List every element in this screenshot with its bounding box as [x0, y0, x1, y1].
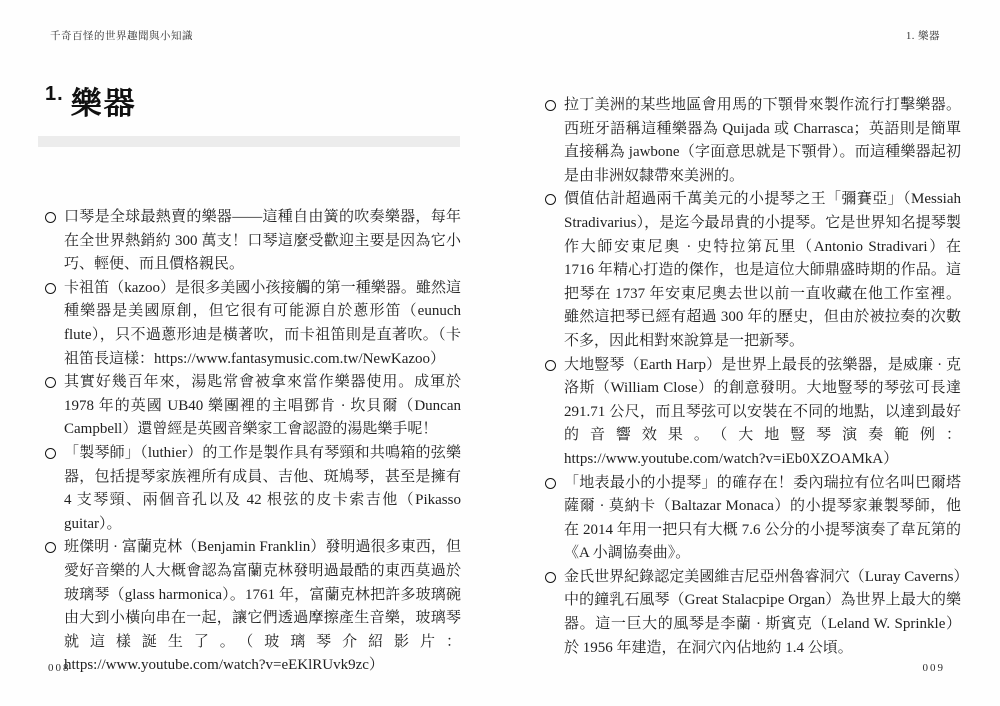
- fact-text: 大地豎琴（Earth Harp）是世界上最長的弦樂器，是威廉 · 克洛斯（Wil…: [564, 357, 961, 467]
- running-head-left: 千奇百怪的世界趣聞與小知識: [50, 28, 193, 43]
- fact-item: 拉丁美洲的某些地區會用馬的下顎骨來製作流行打擊樂器。西班牙語稱這種樂器為 Qui…: [545, 94, 961, 188]
- bullet-circle-icon: [545, 572, 556, 583]
- bullet-circle-icon: [45, 377, 56, 388]
- chapter-divider-band: [38, 136, 460, 147]
- fact-item: 價值估計超過兩千萬美元的小提琴之王「彌賽亞」（Messiah Stradivar…: [545, 188, 961, 353]
- fact-text: 口琴是全球最熱賣的樂器——這種自由簧的吹奏樂器，每年在全世界熱銷約 300 萬支…: [64, 209, 461, 272]
- fact-text: 拉丁美洲的某些地區會用馬的下顎骨來製作流行打擊樂器。西班牙語稱這種樂器為 Qui…: [564, 97, 961, 184]
- fact-text: 卡祖笛（kazoo）是很多美國小孩接觸的第一種樂器。雖然這種樂器是美國原創，但它…: [64, 280, 461, 367]
- chapter-title: 樂器: [71, 86, 137, 121]
- fact-item: 「製琴師」（luthier）的工作是製作具有琴頸和共鳴箱的弦樂器，包括提琴家族裡…: [45, 442, 461, 536]
- bullet-circle-icon: [45, 542, 56, 553]
- chapter-heading: 1.樂器: [45, 78, 137, 123]
- bullet-circle-icon: [545, 478, 556, 489]
- fact-text: 金氏世界紀錄認定美國維吉尼亞州魯睿洞穴（Luray Caverns）中的鐘乳石風…: [564, 569, 961, 656]
- fact-item: 卡祖笛（kazoo）是很多美國小孩接觸的第一種樂器。雖然這種樂器是美國原創，但它…: [45, 277, 461, 371]
- bullet-circle-icon: [45, 283, 56, 294]
- bullet-circle-icon: [45, 212, 56, 223]
- fact-text: 價值估計超過兩千萬美元的小提琴之王「彌賽亞」（Messiah Stradivar…: [564, 191, 961, 349]
- bullet-circle-icon: [545, 360, 556, 371]
- bullet-circle-icon: [545, 194, 556, 205]
- fact-item: 班傑明 · 富蘭克林（Benjamin Franklin）發明過很多東西，但愛好…: [45, 536, 461, 678]
- bullet-circle-icon: [545, 100, 556, 111]
- fact-item: 口琴是全球最熱賣的樂器——這種自由簧的吹奏樂器，每年在全世界熱銷約 300 萬支…: [45, 206, 461, 277]
- fact-text: 「製琴師」（luthier）的工作是製作具有琴頸和共鳴箱的弦樂器，包括提琴家族裡…: [64, 445, 461, 532]
- fact-item: 金氏世界紀錄認定美國維吉尼亞州魯睿洞穴（Luray Caverns）中的鐘乳石風…: [545, 566, 961, 660]
- fact-text: 其實好幾百年來，湯匙常會被拿來當作樂器使用。成軍於 1978 年的英國 UB40…: [64, 374, 461, 437]
- right-page-column: 拉丁美洲的某些地區會用馬的下顎骨來製作流行打擊樂器。西班牙語稱這種樂器為 Qui…: [545, 94, 961, 660]
- fact-text: 班傑明 · 富蘭克林（Benjamin Franklin）發明過很多東西，但愛好…: [64, 539, 461, 673]
- page-number-right: 009: [923, 662, 946, 674]
- page-number-left: 008: [48, 662, 71, 674]
- fact-item: 其實好幾百年來，湯匙常會被拿來當作樂器使用。成軍於 1978 年的英國 UB40…: [45, 371, 461, 442]
- fact-item: 「地表最小的小提琴」的確存在！委內瑞拉有位名叫巴爾塔薩爾 · 莫納卡（Balta…: [545, 472, 961, 566]
- fact-item: 大地豎琴（Earth Harp）是世界上最長的弦樂器，是威廉 · 克洛斯（Wil…: [545, 354, 961, 472]
- left-page-column: 口琴是全球最熱賣的樂器——這種自由簧的吹奏樂器，每年在全世界熱銷約 300 萬支…: [45, 206, 461, 678]
- fact-text: 「地表最小的小提琴」的確存在！委內瑞拉有位名叫巴爾塔薩爾 · 莫納卡（Balta…: [564, 475, 961, 562]
- book-spread: 千奇百怪的世界趣聞與小知識 1. 樂器 1.樂器 口琴是全球最熱賣的樂器——這種…: [0, 0, 1000, 706]
- bullet-circle-icon: [45, 448, 56, 459]
- running-head-right: 1. 樂器: [906, 28, 940, 43]
- chapter-number: 1.: [45, 83, 64, 105]
